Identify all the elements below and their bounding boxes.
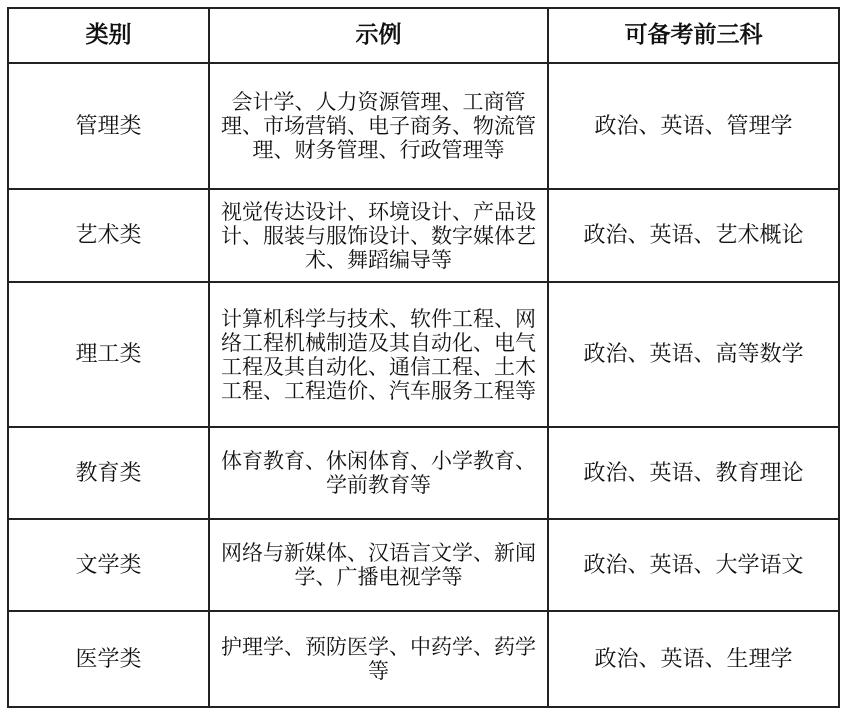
examples-cell: 计算机科学与技术、软件工程、网络工程机械制造及其自动化、电气工程及其自动化、通信… <box>209 282 548 427</box>
subjects-cell: 政治、英语、大学语文 <box>548 519 839 611</box>
category-cell: 管理类 <box>8 63 209 189</box>
subjects-cell: 政治、英语、教育理论 <box>548 427 839 519</box>
table-row: 教育类 体育教育、休闲体育、小学教育、学前教育等 政治、英语、教育理论 <box>8 427 839 519</box>
subjects-cell: 政治、英语、艺术概论 <box>548 189 839 282</box>
table-row: 理工类 计算机科学与技术、软件工程、网络工程机械制造及其自动化、电气工程及其自动… <box>8 282 839 427</box>
table-row: 管理类 会计学、人力资源管理、工商管理、市场营销、电子商务、物流管理、财务管理、… <box>8 63 839 189</box>
category-cell: 文学类 <box>8 519 209 611</box>
exam-subjects-table: 类别 示例 可备考前三科 管理类 会计学、人力资源管理、工商管理、市场营销、电子… <box>7 7 840 708</box>
category-cell: 艺术类 <box>8 189 209 282</box>
header-category: 类别 <box>8 8 209 63</box>
table-row: 艺术类 视觉传达设计、环境设计、产品设计、服装与服饰设计、数字媒体艺术、舞蹈编导… <box>8 189 839 282</box>
examples-cell: 视觉传达设计、环境设计、产品设计、服装与服饰设计、数字媒体艺术、舞蹈编导等 <box>209 189 548 282</box>
examples-cell: 体育教育、休闲体育、小学教育、学前教育等 <box>209 427 548 519</box>
examples-cell: 护理学、预防医学、中药学、药学等 <box>209 611 548 707</box>
table-header-row: 类别 示例 可备考前三科 <box>8 8 839 63</box>
subjects-cell: 政治、英语、管理学 <box>548 63 839 189</box>
table-row: 文学类 网络与新媒体、汉语言文学、新闻学、广播电视学等 政治、英语、大学语文 <box>8 519 839 611</box>
subjects-cell: 政治、英语、生理学 <box>548 611 839 707</box>
category-cell: 理工类 <box>8 282 209 427</box>
header-subjects: 可备考前三科 <box>548 8 839 63</box>
examples-cell: 网络与新媒体、汉语言文学、新闻学、广播电视学等 <box>209 519 548 611</box>
table-row: 医学类 护理学、预防医学、中药学、药学等 政治、英语、生理学 <box>8 611 839 707</box>
header-examples: 示例 <box>209 8 548 63</box>
category-cell: 教育类 <box>8 427 209 519</box>
subjects-cell: 政治、英语、高等数学 <box>548 282 839 427</box>
examples-cell: 会计学、人力资源管理、工商管理、市场营销、电子商务、物流管理、财务管理、行政管理… <box>209 63 548 189</box>
category-cell: 医学类 <box>8 611 209 707</box>
